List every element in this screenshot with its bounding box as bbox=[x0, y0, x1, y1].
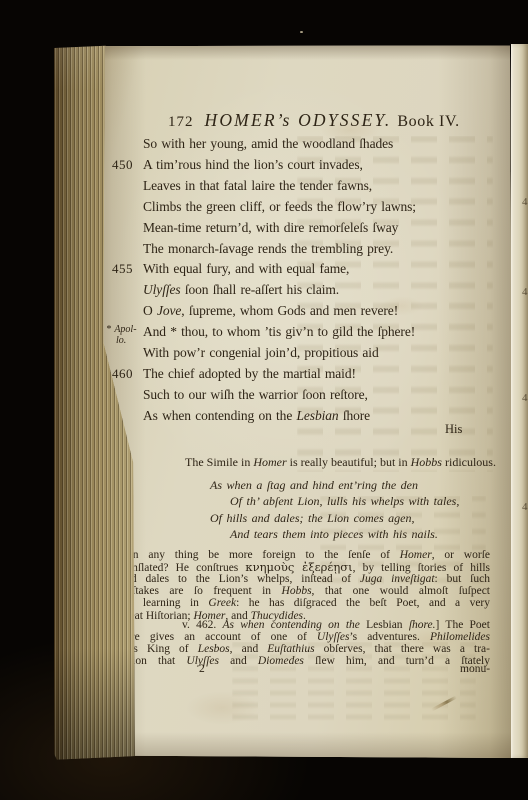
book-page: 172 HOMER’s ODYSSEY. Book IV. So with he… bbox=[82, 44, 513, 763]
simile-note: The Simile in Homer is really beautiful;… bbox=[185, 455, 496, 470]
verse-line: The monarch-ſavage rends the trembling p… bbox=[82, 239, 513, 260]
book-photo: { "palette":{ "background":"#070503", "p… bbox=[0, 0, 528, 800]
commentary-line: miſtakes are ſo frequent in Hobbs, that … bbox=[120, 585, 490, 597]
quote-line: And tears them into pieces with his nail… bbox=[230, 527, 438, 542]
footnote-line: dition that Ulyſſes and Diomedes ſlew hi… bbox=[120, 655, 490, 667]
line-number-fragment: 4 bbox=[522, 392, 528, 404]
commentary-line: his learning in Greek: he has diſgraced … bbox=[120, 597, 490, 609]
next-page-sliver: 4444 bbox=[511, 44, 528, 758]
verse-line: Leaves in that fatal laire the tender fa… bbox=[82, 176, 513, 197]
catchword-bottom: monu- bbox=[460, 663, 490, 675]
verse-line: So with her young, amid the woodland ſha… bbox=[82, 134, 513, 155]
verse-line: Mean-time return’d, with dire remorſeleſ… bbox=[82, 218, 513, 239]
verse-line: Ulyſſes ſoon ſhall re-aſſert his claim. bbox=[82, 280, 513, 301]
footnote-line: here gives an account of one of Ulyſſes’… bbox=[120, 631, 490, 643]
verse-line: With pow’r congenial join’d, propitious … bbox=[82, 343, 513, 364]
line-number-fragment: 4 bbox=[522, 501, 528, 513]
verse-line: 450A tim’rous hind the lion’s court inva… bbox=[82, 155, 513, 176]
quote-line: As when a ſtag and hind ent’ring the den bbox=[210, 478, 418, 493]
signature-mark: 2 bbox=[199, 663, 205, 675]
footnote-line: v. 462. As when contending on the Lesbia… bbox=[120, 619, 490, 631]
commentary-line: and dales to the Lion’s whelps, inſtead … bbox=[120, 573, 490, 585]
verse-line: 455With equal fury, and with equal fame, bbox=[82, 259, 513, 280]
line-number-fragment: 4 bbox=[522, 286, 528, 298]
line-number: 460 bbox=[112, 364, 133, 384]
line-number-fragment: 4 bbox=[522, 196, 528, 208]
verse-line: Climbs the green cliff, or feeds the flo… bbox=[82, 197, 513, 218]
line-number: 450 bbox=[112, 155, 133, 175]
dust-speck bbox=[300, 31, 303, 33]
quote-line: Of hills and dales; the Lion comes agen, bbox=[210, 511, 414, 526]
commentary-line: tranſlated? He conſtrues κνημοὺς ἐξερέῃσ… bbox=[120, 561, 490, 574]
verse-line: 460The chief adopted by the martial maid… bbox=[82, 364, 513, 385]
footnote-line: was King of Lesbos, and Euſtathius obſer… bbox=[120, 643, 490, 655]
verse-line: * Apol-lo.And * thou, to whom ’tis giv’n… bbox=[82, 322, 513, 343]
catchword-verse: His bbox=[445, 422, 462, 437]
quote-line: Of th’ abſent Lion, lulls his whelps wit… bbox=[230, 494, 459, 509]
line-number: 455 bbox=[112, 259, 133, 279]
verse-line: Such to our wiſh the warrior ſoon reſtor… bbox=[82, 385, 513, 406]
verse-line: O Jove, ſupreme, whom Gods and men rever… bbox=[82, 301, 513, 322]
